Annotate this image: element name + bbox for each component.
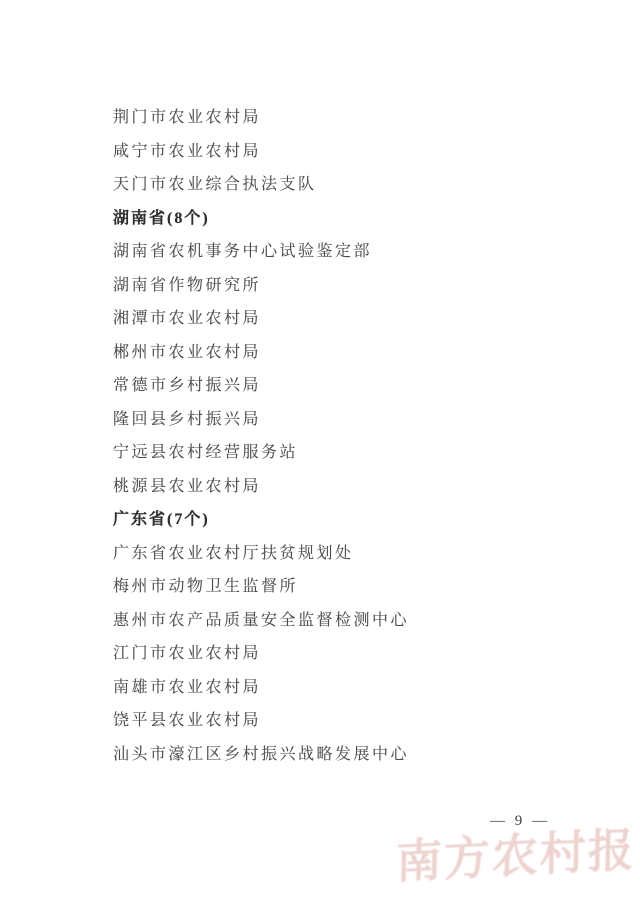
org-item: 隆回县乡村振兴局 xyxy=(113,403,600,437)
org-item: 宁远县农村经营服务站 xyxy=(113,436,600,470)
document-body: 荆门市农业农村局咸宁市农业农村局天门市农业综合执法支队湖南省(8个)湖南省农机事… xyxy=(113,101,600,771)
org-item: 饶平县农业农村局 xyxy=(113,704,600,738)
document-page: 荆门市农业农村局咸宁市农业农村局天门市农业综合执法支队湖南省(8个)湖南省农机事… xyxy=(0,0,640,905)
org-item: 天门市农业综合执法支队 xyxy=(113,168,600,202)
org-item: 郴州市农业农村局 xyxy=(113,336,600,370)
org-item: 梅州市动物卫生监督所 xyxy=(113,570,600,604)
org-item: 广东省农业农村厅扶贫规划处 xyxy=(113,537,600,571)
org-item: 常德市乡村振兴局 xyxy=(113,369,600,403)
province-header: 广东省(7个) xyxy=(113,503,600,537)
org-item: 南雄市农业农村局 xyxy=(113,671,600,705)
org-item: 荆门市农业农村局 xyxy=(113,101,600,135)
page-number: — 9 — xyxy=(455,810,585,832)
org-item: 汕头市濠江区乡村振兴战略发展中心 xyxy=(113,738,600,772)
org-item: 桃源县农业农村局 xyxy=(113,470,600,504)
org-item: 江门市农业农村局 xyxy=(113,637,600,671)
org-item: 湖南省作物研究所 xyxy=(113,269,600,303)
province-header: 湖南省(8个) xyxy=(113,202,600,236)
org-item: 湖南省农机事务中心试验鉴定部 xyxy=(113,235,600,269)
org-item: 惠州市农产品质量安全监督检测中心 xyxy=(113,604,600,638)
org-item: 湘潭市农业农村局 xyxy=(113,302,600,336)
org-item: 咸宁市农业农村局 xyxy=(113,135,600,169)
